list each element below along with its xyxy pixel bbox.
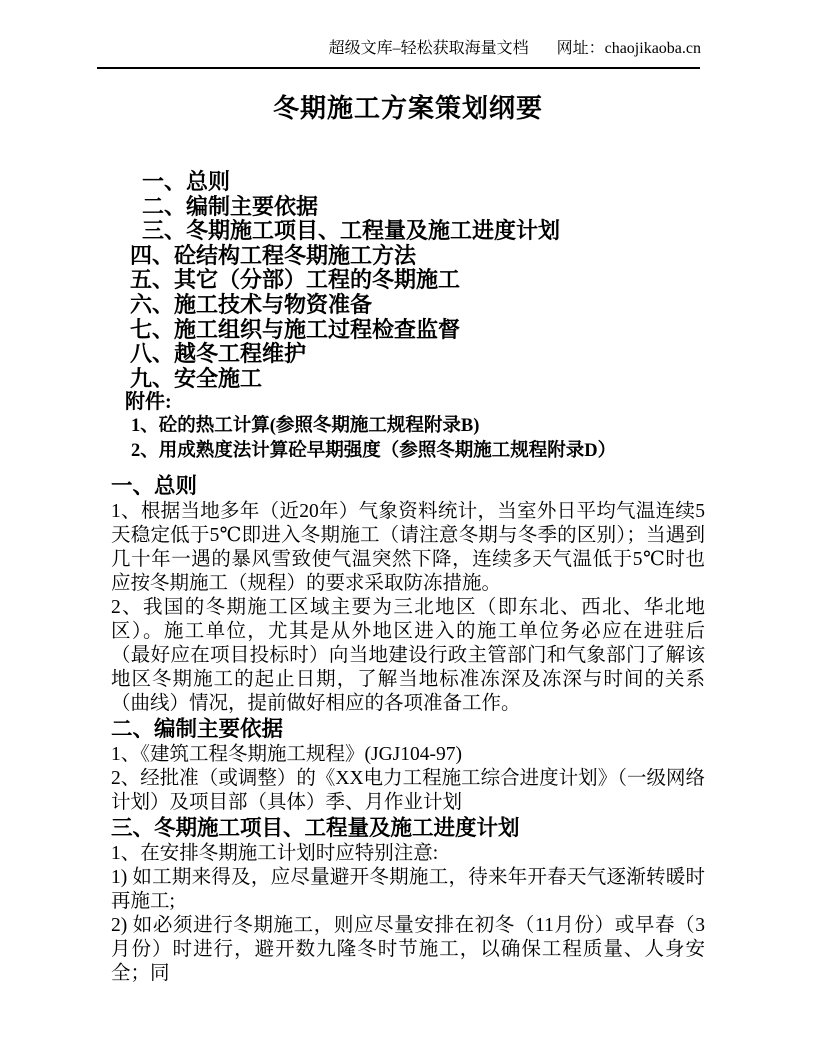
toc-item-5: 五、其它（分部）工程的冬期施工 bbox=[111, 268, 705, 293]
document-body: 一、总则 1、根据当地多年（近20年）气象资料统计，当室外日平均气温连续5天稳定… bbox=[111, 473, 705, 986]
toc-item-4: 四、砼结构工程冬期施工方法 bbox=[111, 244, 705, 269]
toc-item-2: 二、编制主要依据 bbox=[111, 195, 705, 220]
header-site-text: 超级文库–轻松获取海量文档 bbox=[329, 40, 529, 57]
toc-item-9: 九、安全施工 bbox=[111, 367, 705, 392]
toc-appendix-item-1: 1、砼的热工计算(参照冬期施工规程附录B) bbox=[111, 414, 705, 438]
section-heading-1: 一、总则 bbox=[111, 473, 705, 500]
header-url: chaojikaoba.cn bbox=[605, 40, 701, 57]
paragraph: 1) 如工期来得及，应尽量避开冬期施工，待来年开春天气逐渐转暖时再施工; bbox=[111, 866, 705, 914]
paragraph: 1、《建筑工程冬期施工规程》(JGJ104-97) bbox=[111, 743, 705, 767]
toc-item-6: 六、施工技术与物资准备 bbox=[111, 293, 705, 318]
table-of-contents: 一、总则 二、编制主要依据 三、冬期施工项目、工程量及施工进度计划 四、砼结构工… bbox=[111, 170, 705, 463]
paragraph: 1、根据当地多年（近20年）气象资料统计，当室外日平均气温连续5天稳定低于5℃即… bbox=[111, 500, 705, 596]
document-title: 冬期施工方案策划纲要 bbox=[111, 92, 705, 126]
paragraph: 2、经批准（或调整）的《XX电力工程施工综合进度计划》（一级网络计划）及项目部（… bbox=[111, 767, 705, 815]
toc-item-1: 一、总则 bbox=[111, 170, 705, 195]
page-header: 超级文库–轻松获取海量文档网址：chaojikaoba.cn bbox=[111, 40, 705, 58]
paragraph: 1、在安排冬期施工计划时应特别注意: bbox=[111, 842, 705, 866]
section-heading-3: 三、冬期施工项目、工程量及施工进度计划 bbox=[111, 815, 705, 842]
header-rule-divider bbox=[97, 67, 700, 69]
section-heading-2: 二、编制主要依据 bbox=[111, 716, 705, 743]
header-url-label: 网址： bbox=[557, 40, 605, 57]
toc-item-3: 三、冬期施工项目、工程量及施工进度计划 bbox=[111, 219, 705, 244]
document-page: 超级文库–轻松获取海量文档网址：chaojikaoba.cn 冬期施工方案策划纲… bbox=[0, 0, 816, 1056]
toc-appendix-item-2: 2、用成熟度法计算砼早期强度（参照冬期施工规程附录D） bbox=[111, 439, 705, 463]
paragraph: 2、我国的冬期施工区域主要为三北地区（即东北、西北、华北地区）。施工单位，尤其是… bbox=[111, 596, 705, 716]
paragraph: 2) 如必须进行冬期施工，则应尽量安排在初冬（11月份）或早春（3月份）时进行，… bbox=[111, 914, 705, 986]
toc-appendix-label: 附件: bbox=[111, 391, 705, 414]
toc-item-8: 八、越冬工程维护 bbox=[111, 342, 705, 367]
toc-item-7: 七、施工组织与施工过程检查监督 bbox=[111, 318, 705, 343]
